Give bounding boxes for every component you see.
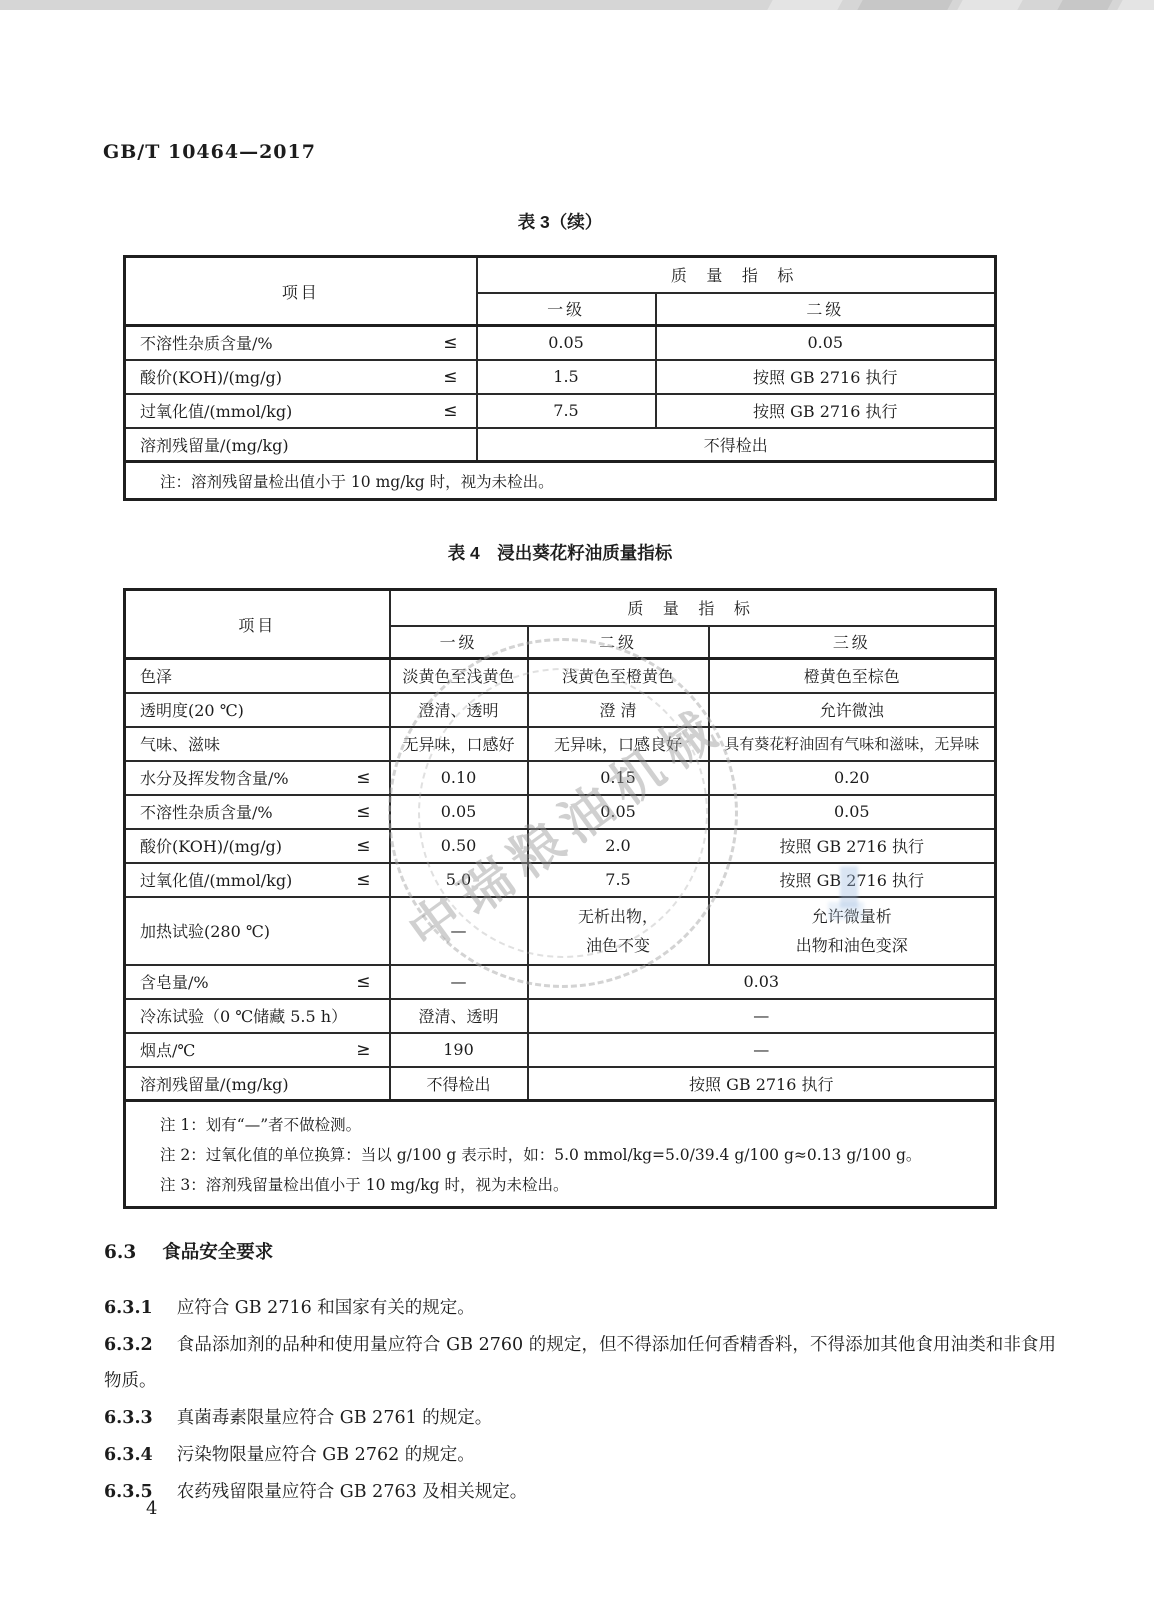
t4-grade2-cell: 7.5	[528, 863, 709, 897]
t4-grade1-cell: 澄清、透明	[390, 999, 528, 1033]
t4-grade1-cell: 5.0	[390, 863, 528, 897]
t4-item-cell: 溶剂残留量/(mg/kg)	[125, 1067, 390, 1101]
table-row: 色泽 淡黄色至浅黄色 浅黄色至橙黄色 橙黄色至棕色	[125, 659, 996, 693]
table-row: 透明度(20 ℃) 澄清、透明 澄 清 允许微浊	[125, 693, 996, 727]
scan-artifact	[1057, 0, 1112, 10]
t4-item-cell: 过氧化值/(mmol/kg)≤	[125, 863, 390, 897]
table-row: 酸价(KOH)/(mg/g)≤ 1.5 按照 GB 2716 执行	[125, 360, 996, 394]
t3-span-cell: 不得检出	[477, 428, 996, 462]
t3-item-cell: 溶剂残留量/(mg/kg)	[125, 428, 477, 462]
t4-grade1-cell: —	[390, 965, 528, 999]
t4-grade3-cell: 允许微浊	[709, 693, 996, 727]
table3-title: 表 3（续）	[123, 209, 997, 234]
t4-grade2-cell: 澄 清	[528, 693, 709, 727]
t4-item-cell: 冷冻试验（0 ℃储藏 5.5 h）	[125, 999, 390, 1033]
table-row: 含皂量/%≤ — 0.03	[125, 965, 996, 999]
table-row: 烟点/℃≥ 190 —	[125, 1033, 996, 1067]
t4-item-cell: 气味、滋味	[125, 727, 390, 761]
scan-artifact	[767, 0, 842, 10]
t4-grade1-cell: 0.10	[390, 761, 528, 795]
table-row: 水分及挥发物含量/%≤ 0.10 0.15 0.20	[125, 761, 996, 795]
t4-item-cell: 加热试验(280 ℃)	[125, 897, 390, 965]
page-number: 4	[146, 1498, 157, 1519]
t4-grade1-cell: 190	[390, 1033, 528, 1067]
t4-grade3-cell: 橙黄色至棕色	[709, 659, 996, 693]
section-item: 6.3.3真菌毒素限量应符合 GB 2761 的规定。	[104, 1400, 1056, 1436]
t3-item-cell: 不溶性杂质含量/%≤	[125, 326, 477, 360]
t4-item-cell: 色泽	[125, 659, 390, 693]
table4: 项目 质 量 指 标 一级 二级 三级 色泽 淡黄色至浅黄色 浅黄色至橙黄色 橙…	[123, 588, 997, 1209]
t3-grade2-cell: 按照 GB 2716 执行	[656, 394, 996, 428]
section-item: 6.3.2食品添加剂的品种和使用量应符合 GB 2760 的规定，但不得添加任何…	[104, 1327, 1056, 1399]
t4-grade3-cell: 按照 GB 2716 执行	[709, 829, 996, 863]
section-6-3: 6.3食品安全要求 6.3.1应符合 GB 2716 和国家有关的规定。 6.3…	[104, 1238, 1056, 1511]
t4-grade2-cell: 浅黄色至橙黄色	[528, 659, 709, 693]
table-row: 溶剂残留量/(mg/kg) 不得检出 按照 GB 2716 执行	[125, 1067, 996, 1101]
t4-item-cell: 透明度(20 ℃)	[125, 693, 390, 727]
section-item: 6.3.4污染物限量应符合 GB 2762 的规定。	[104, 1437, 1056, 1473]
t4-header-item: 项目	[125, 590, 390, 659]
section-heading: 6.3食品安全要求	[104, 1238, 1056, 1264]
t4-span-cell: —	[528, 999, 996, 1033]
t4-header-grade3: 三级	[709, 626, 996, 659]
t4-span-cell: 0.03	[528, 965, 996, 999]
table-row: 不溶性杂质含量/%≤ 0.05 0.05 0.05	[125, 795, 996, 829]
t4-grade2-cell: 0.05	[528, 795, 709, 829]
t4-note-1: 注 1：划有“—”者不做检测。	[160, 1110, 984, 1140]
t4-item-cell: 含皂量/%≤	[125, 965, 390, 999]
t4-grade1-cell: 0.50	[390, 829, 528, 863]
table-row: 气味、滋味 无异味，口感好 无异味，口感良好 具有葵花籽油固有气味和滋味，无异味	[125, 727, 996, 761]
section-item: 6.3.5农药残留限量应符合 GB 2763 及相关规定。	[104, 1474, 1056, 1510]
t3-header-grade1: 一级	[477, 293, 656, 326]
clause-text: 应符合 GB 2716 和国家有关的规定。	[177, 1298, 475, 1318]
scan-artifact	[1117, 0, 1154, 10]
t3-grade1-cell: 0.05	[477, 326, 656, 360]
clause-text: 食品添加剂的品种和使用量应符合 GB 2760 的规定，但不得添加任何香精香料，…	[104, 1335, 1056, 1391]
standard-number: GB/T 10464—2017	[103, 141, 316, 163]
t4-header-grade1: 一级	[390, 626, 528, 659]
t3-grade1-cell: 1.5	[477, 360, 656, 394]
t4-header-quality: 质 量 指 标	[390, 590, 996, 626]
t4-grade1-cell: 0.05	[390, 795, 528, 829]
t4-item-cell: 水分及挥发物含量/%≤	[125, 761, 390, 795]
clause-number: 6.3.4	[104, 1445, 153, 1465]
t3-header-grade2: 二级	[656, 293, 996, 326]
t3-item-cell: 酸价(KOH)/(mg/g)≤	[125, 360, 477, 394]
t4-grade2-cell: 2.0	[528, 829, 709, 863]
clause-text: 农药残留限量应符合 GB 2763 及相关规定。	[177, 1482, 528, 1502]
scan-artifact	[957, 0, 1022, 10]
clause-number: 6.3.2	[104, 1335, 153, 1355]
t4-note-3: 注 3：溶剂残留量检出值小于 10 mg/kg 时，视为未检出。	[160, 1170, 984, 1200]
table4-title: 表 4 浸出葵花籽油质量指标	[123, 540, 997, 565]
t4-grade1-cell: 无异味，口感好	[390, 727, 528, 761]
section-number: 6.3	[104, 1242, 136, 1263]
t3-grade2-cell: 按照 GB 2716 执行	[656, 360, 996, 394]
document-page: GB/T 10464—2017 表 3（续） 项目 质 量 指 标 一级 二级 …	[0, 0, 1154, 1600]
table-row: 溶剂残留量/(mg/kg) 不得检出	[125, 428, 996, 462]
t4-item-cell: 烟点/℃≥	[125, 1033, 390, 1067]
t4-grade3-cell: 具有葵花籽油固有气味和滋味，无异味	[709, 727, 996, 761]
t4-notes: 注 1：划有“—”者不做检测。 注 2：过氧化值的单位换算：当以 g/100 g…	[125, 1101, 996, 1208]
t3-grade2-cell: 0.05	[656, 326, 996, 360]
table-row: 加热试验(280 ℃) — 无析出物， 油色不变 允许微量析 出物和油色变深	[125, 897, 996, 965]
table-row: 注：溶剂残留量检出值小于 10 mg/kg 时，视为未检出。	[125, 462, 996, 500]
t4-grade2-cell: 0.15	[528, 761, 709, 795]
table3: 项目 质 量 指 标 一级 二级 不溶性杂质含量/%≤ 0.05 0.05 酸价…	[123, 255, 997, 501]
scan-artifact	[828, 902, 864, 920]
t4-grade3-cell: 0.20	[709, 761, 996, 795]
section-title: 食品安全要求	[162, 1241, 273, 1262]
t4-item-cell: 酸价(KOH)/(mg/g)≤	[125, 829, 390, 863]
t4-item-cell: 不溶性杂质含量/%≤	[125, 795, 390, 829]
clause-text: 真菌毒素限量应符合 GB 2761 的规定。	[177, 1408, 493, 1428]
clause-number: 6.3.3	[104, 1408, 153, 1428]
t4-grade3-cell: 0.05	[709, 795, 996, 829]
t4-note-2: 注 2：过氧化值的单位换算：当以 g/100 g 表示时，如：5.0 mmol/…	[160, 1140, 984, 1170]
table-row: 注 1：划有“—”者不做检测。 注 2：过氧化值的单位换算：当以 g/100 g…	[125, 1101, 996, 1208]
clause-text: 污染物限量应符合 GB 2762 的规定。	[177, 1445, 475, 1465]
t4-grade1-cell: 澄清、透明	[390, 693, 528, 727]
t3-grade1-cell: 7.5	[477, 394, 656, 428]
t4-span-cell: 按照 GB 2716 执行	[528, 1067, 996, 1101]
t4-grade1-cell: 不得检出	[390, 1067, 528, 1101]
t4-grade2-cell: 无异味，口感良好	[528, 727, 709, 761]
t3-header-item: 项目	[125, 257, 477, 326]
t3-item-cell: 过氧化值/(mmol/kg)≤	[125, 394, 477, 428]
t4-grade2-cell: 无析出物， 油色不变	[528, 897, 709, 965]
t3-note: 注：溶剂残留量检出值小于 10 mg/kg 时，视为未检出。	[125, 462, 996, 500]
table-row: 过氧化值/(mmol/kg)≤ 5.0 7.5 按照 GB 2716 执行	[125, 863, 996, 897]
table-row: 酸价(KOH)/(mg/g)≤ 0.50 2.0 按照 GB 2716 执行	[125, 829, 996, 863]
section-item: 6.3.1应符合 GB 2716 和国家有关的规定。	[104, 1290, 1056, 1326]
t4-header-grade2: 二级	[528, 626, 709, 659]
table-row: 过氧化值/(mmol/kg)≤ 7.5 按照 GB 2716 执行	[125, 394, 996, 428]
clause-number: 6.3.1	[104, 1298, 153, 1318]
scan-edge-strip	[0, 0, 1154, 10]
scan-artifact	[857, 0, 952, 10]
table-row: 冷冻试验（0 ℃储藏 5.5 h） 澄清、透明 —	[125, 999, 996, 1033]
t3-header-quality: 质 量 指 标	[477, 257, 996, 293]
t4-grade1-cell: —	[390, 897, 528, 965]
t4-span-cell: —	[528, 1033, 996, 1067]
table-row: 不溶性杂质含量/%≤ 0.05 0.05	[125, 326, 996, 360]
t4-grade1-cell: 淡黄色至浅黄色	[390, 659, 528, 693]
